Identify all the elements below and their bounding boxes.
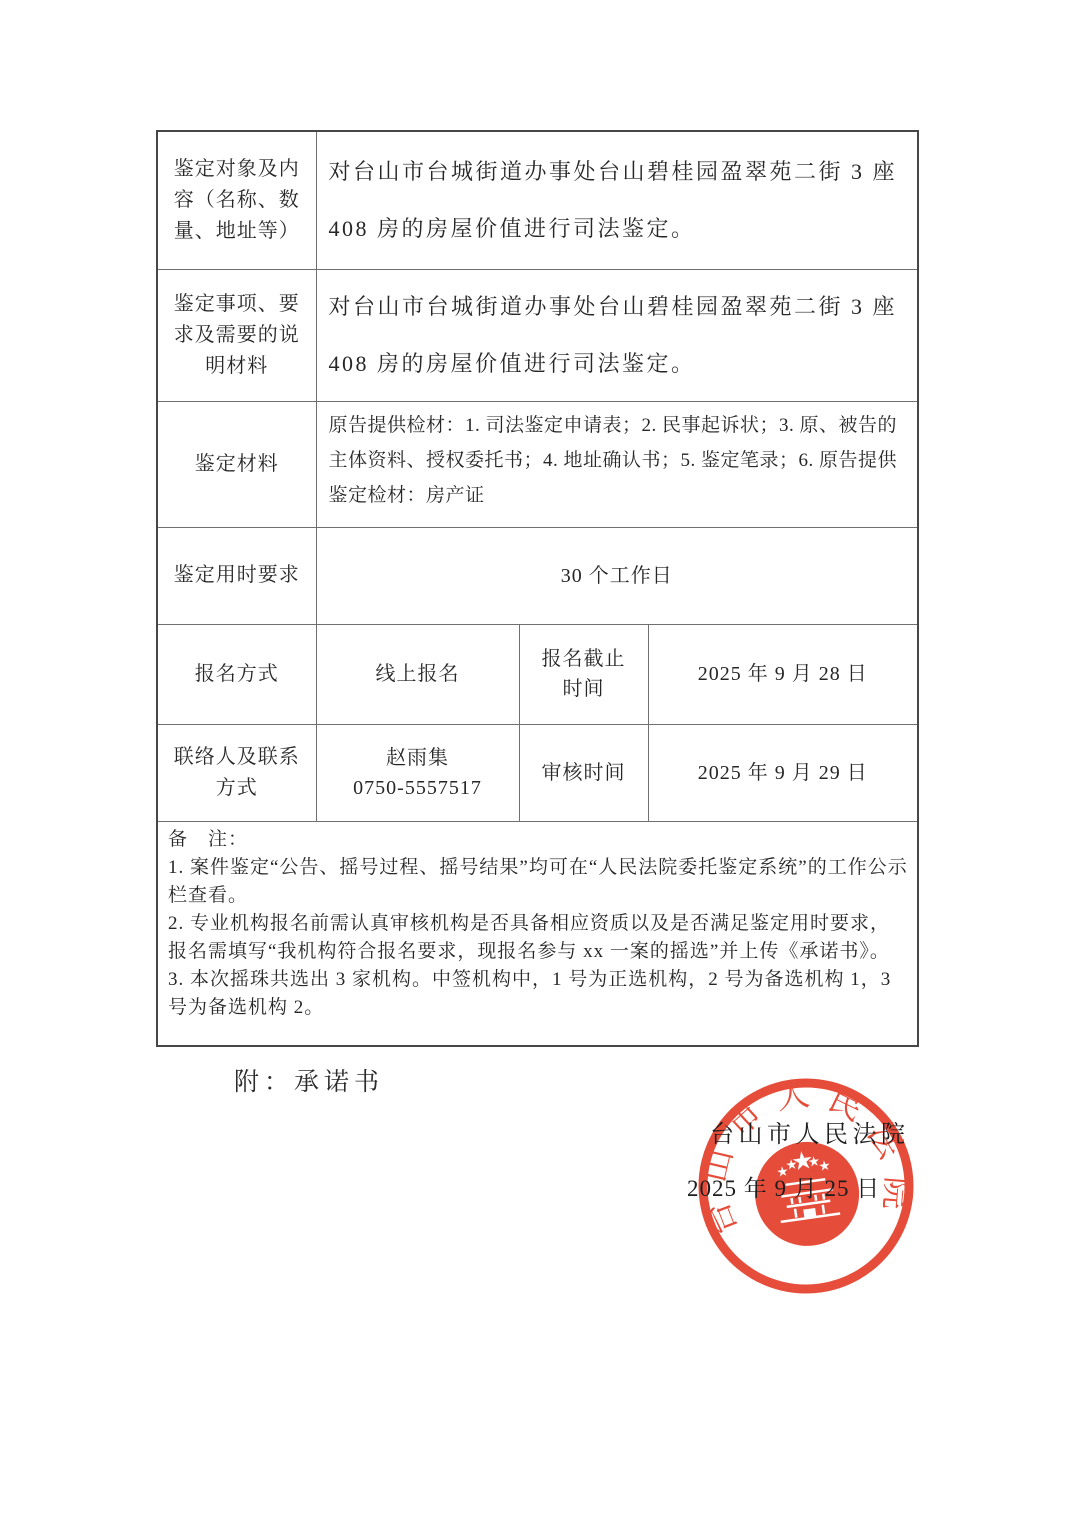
table-row-remarks: 备 注： 1. 案件鉴定“公告、摇号过程、摇号结果”均可在“人民法院委托鉴定系统…	[157, 821, 918, 1046]
table-row-materials: 鉴定材料 原告提供检材：1. 司法鉴定申请表；2. 民事起诉状；3. 原、被告的…	[157, 401, 918, 527]
document-page: 鉴定对象及内容（名称、数量、地址等） 对台山市台城街道办事处台山碧桂园盈翠苑二街…	[0, 0, 1074, 1520]
value-signup-method: 线上报名	[316, 624, 519, 724]
table-row-target: 鉴定对象及内容（名称、数量、地址等） 对台山市台城街道办事处台山碧桂园盈翠苑二街…	[157, 131, 918, 269]
remarks-cell: 备 注： 1. 案件鉴定“公告、摇号过程、摇号结果”均可在“人民法院委托鉴定系统…	[157, 821, 918, 1046]
table-row-matters: 鉴定事项、要求及需要的说明材料 对台山市台城街道办事处台山碧桂园盈翠苑二街 3 …	[157, 269, 918, 401]
issuing-court-name: 台山市人民法院	[710, 1114, 910, 1149]
table-row-signup: 报名方式 线上报名 报名截止时间 2025 年 9 月 28 日	[157, 624, 918, 724]
remark-item-1: 1. 案件鉴定“公告、摇号过程、摇号结果”均可在“人民法院委托鉴定系统”的工作公…	[168, 854, 909, 910]
value-appraisal-target: 对台山市台城街道办事处台山碧桂园盈翠苑二街 3 座 408 房的房屋价值进行司法…	[316, 131, 918, 269]
label-contact-person: 联络人及联系方式	[157, 724, 316, 821]
remark-item-2: 2. 专业机构报名前需认真审核机构是否具备相应资质以及是否满足鉴定用时要求，报名…	[168, 910, 909, 966]
appraisal-form-table: 鉴定对象及内容（名称、数量、地址等） 对台山市台城街道办事处台山碧桂园盈翠苑二街…	[156, 130, 919, 1047]
remark-item-3: 3. 本次摇珠共选出 3 家机构。中签机构中，1 号为正选机构，2 号为备选机构…	[168, 966, 909, 1022]
value-duration-requirement: 30 个工作日	[316, 527, 918, 624]
label-signup-method: 报名方式	[157, 624, 316, 724]
remarks-title: 备 注：	[168, 826, 909, 854]
label-review-time: 审核时间	[519, 724, 648, 821]
value-signup-deadline: 2025 年 9 月 28 日	[648, 624, 918, 724]
value-contact-person: 赵雨集 0750-5557517	[316, 724, 519, 821]
label-duration-requirement: 鉴定用时要求	[157, 527, 316, 624]
value-appraisal-materials: 原告提供检材：1. 司法鉴定申请表；2. 民事起诉状；3. 原、被告的主体资料、…	[316, 401, 918, 527]
contact-name: 赵雨集	[333, 743, 503, 773]
value-appraisal-matters: 对台山市台城街道办事处台山碧桂园盈翠苑二街 3 座 408 房的房屋价值进行司法…	[316, 269, 918, 401]
label-signup-deadline: 报名截止时间	[519, 624, 648, 724]
label-appraisal-materials: 鉴定材料	[157, 401, 316, 527]
label-appraisal-target: 鉴定对象及内容（名称、数量、地址等）	[157, 131, 316, 269]
label-appraisal-matters: 鉴定事项、要求及需要的说明材料	[157, 269, 316, 401]
table-row-duration: 鉴定用时要求 30 个工作日	[157, 527, 918, 624]
table-row-contact: 联络人及联系方式 赵雨集 0750-5557517 审核时间 2025 年 9 …	[157, 724, 918, 821]
attachment-note: 附：承诺书	[234, 1062, 384, 1098]
value-review-time: 2025 年 9 月 29 日	[648, 724, 918, 821]
issue-date: 2025 年 9 月 25 日	[687, 1170, 880, 1203]
contact-phone: 0750-5557517	[333, 773, 503, 803]
